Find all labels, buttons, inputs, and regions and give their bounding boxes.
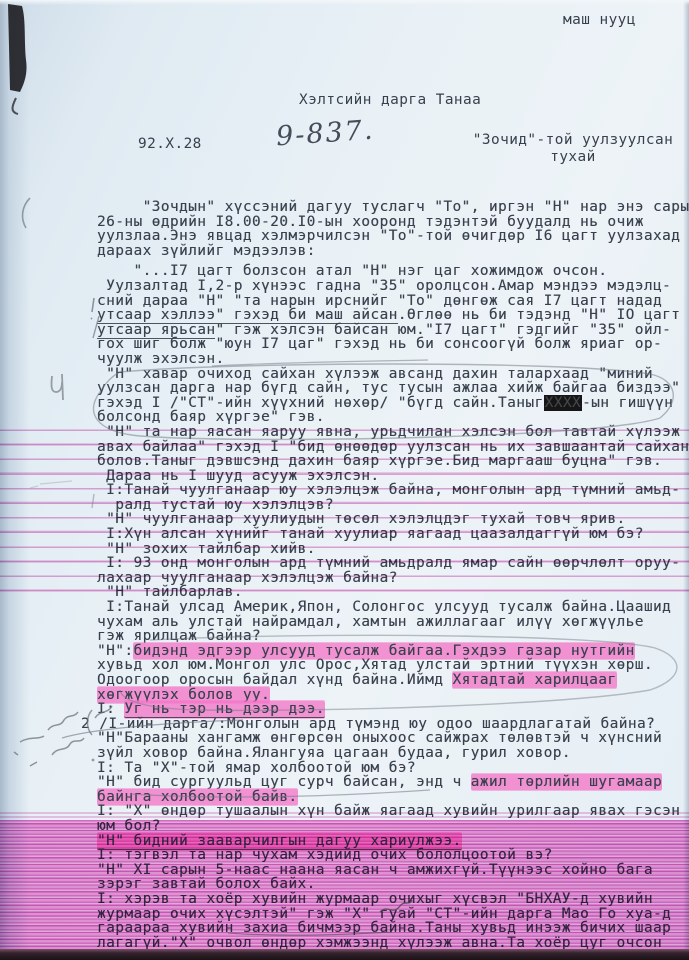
- typed-line: "Н" ХI сарын 5-наас наана яасан ч амжихг…: [97, 863, 689, 878]
- typed-line: I:Танай улсад Америк,Япон, Солонгос улсу…: [97, 600, 689, 615]
- subject-block: "Зочид"-той уулзуулсантухай: [468, 132, 678, 166]
- handwritten-doc-number: 9-837.: [275, 115, 375, 153]
- typed-line: I: тэгвэл та нар чухам хэдийд очих болол…: [97, 848, 689, 863]
- typed-line: журмаар очих хүсэлтэй" гэж "Х" гуай "СТ"…: [97, 907, 689, 922]
- typed-line: 26-ны өдрийн I8.00-20.I0-ын хооронд тэдэ…: [97, 215, 689, 230]
- typed-line: чухам аль улстай найрамдал, хамтын ажилл…: [97, 615, 689, 630]
- typed-line: гэж ярилцаж байна?: [97, 629, 689, 644]
- typed-line: Одоогоор оросын байдал хүнд байна.Иймд Х…: [97, 673, 689, 688]
- typed-line: "Н"Барааны хангамж өнгөрсөн оныхоос сайж…: [97, 731, 689, 746]
- typed-line: Дараа нь I шууд асууж эхэлсэн.: [97, 469, 689, 484]
- page-edge-highlight-top: [0, 0, 689, 5]
- typed-line: хөгжүүлэх болов уу.: [97, 688, 689, 703]
- typed-line: уулзлаа.Энэ явцад хэлмэрчилсэн "То"-той …: [97, 229, 689, 244]
- typed-line: гэхэд I /"СТ"-ийн хүүхний нөхөр/ "бүгд с…: [97, 396, 689, 411]
- typed-line: 2 /I-ийн дарга/:Монголын ард түмэнд юу о…: [81, 717, 689, 732]
- typed-line: хувьд хол юм.Монгол улс Орос,Хятад улста…: [97, 658, 689, 673]
- typed-line: юм бол?: [97, 819, 689, 834]
- typed-line: I:Танай чуулганаар юу хэлэлцэж байна, мо…: [97, 483, 689, 498]
- typed-line: гараараа хувийн захиа бичмээр байна.Таны…: [97, 921, 689, 936]
- addressee-line: Хэлтсийн дарга Танаа: [299, 92, 481, 108]
- classification-stamp: маш нууц: [563, 12, 636, 28]
- typed-line: болсонд баяр хүргэе" гэв.: [97, 410, 689, 425]
- typed-line: уулзсан дарга нар бүгд сайн, тус тусын а…: [97, 381, 689, 396]
- typed-line: гох шиг болж "юун I7 цаг" гэхэд нь би со…: [97, 337, 689, 352]
- typed-line: "Н" чуулганаар хуулиудын төсөл хэлэлцдэг…: [97, 512, 689, 527]
- typed-line: Уулзалтад I,2-р хүнээс гадна "35" оролцс…: [97, 279, 689, 294]
- typed-line: дараах зүйлийг мэдээлэв:: [97, 244, 689, 259]
- pencil-smudge: [30, 481, 72, 488]
- typed-line: утсаар хэллээ" гэхэд би маш айсан.Өглөө …: [97, 308, 689, 323]
- typed-line: зүйл ховор байна.Ялангуяа цагаан будаа, …: [97, 746, 689, 761]
- typed-line: байнга холбоотой байв.: [97, 790, 689, 805]
- typed-line: "Н" бид сургуульд цуг сурч байсан, энд ч…: [97, 775, 689, 790]
- typed-body: "Зочдын" хүссэний дагуу туслагч "То", ир…: [97, 200, 689, 950]
- typed-line: ралд тустай юу хэлэлцэв?: [97, 498, 689, 513]
- scan-bottom-edge: [0, 949, 689, 960]
- typed-line: "Н" тайлбарлав.: [97, 585, 689, 600]
- subject-line-1: "Зочид"-той уулзуулсан: [473, 132, 674, 148]
- typed-line: "Н":бидэнд эдгээр улсууд тусалж байгаа.Г…: [97, 644, 689, 659]
- typed-line: сний дараа "Н" "та нарын ирснийг "То" дө…: [97, 294, 689, 309]
- subject-line-2: тухай: [550, 149, 596, 165]
- margin-check-mark: [51, 374, 63, 400]
- typed-line: болов.Таныг дэвшсэнд дахин баяр хүргэе.Б…: [97, 454, 689, 469]
- typed-line: чуулж эхэлсэн.: [97, 352, 689, 367]
- document-date: 92.X.28: [138, 136, 202, 152]
- margin-tick-mark: [92, 494, 94, 508]
- typed-line: лахаар чуулганаар хэлэлцэж байна?: [97, 571, 689, 586]
- typed-line: I: 93 онд монголын ард түмний амьдралд я…: [97, 556, 689, 571]
- page-edge-shadow-left: [0, 0, 30, 960]
- typed-line: I: Та "Х"-той ямар холбоотой юм бэ?: [97, 761, 689, 776]
- typed-line: авах байлаа" гэхэд I "бид өнөөдөр уулзса…: [97, 440, 689, 455]
- margin-exclaim-mark: [91, 298, 94, 319]
- typed-line: утсаар ярьсан" гэж хэлсэн байсан юм."I7 …: [97, 323, 689, 338]
- typed-line: I: Уг нь тэр нь дээр дээ.: [97, 702, 689, 717]
- typed-line: "Н" зохих тайлбар хийв.: [97, 542, 689, 557]
- typed-line: зэрэг завтай болох байх.: [97, 877, 689, 892]
- margin-dot: [92, 759, 95, 762]
- typed-line: "...I7 цагт болзсон атал "Н" нэг цаг хож…: [97, 264, 689, 279]
- typed-line: I: "Х" өндөр тушаалын хүн байж яагаад ху…: [97, 804, 689, 819]
- typed-line: I: хэрэв та хоёр хувийн журмаар очихыг х…: [97, 892, 689, 907]
- typed-line: "Н" та нар яасан яаруу явна, урьдчилан х…: [97, 425, 689, 440]
- typed-line: "Зочдын" хүссэний дагуу туслагч "То", ир…: [97, 200, 689, 215]
- typed-line: I:Хүн алсан хүнийг танай хуулиар яагаад …: [97, 527, 689, 542]
- scanned-document-page: маш нууц Хэлтсийн дарга Танаа 92.X.28 9-…: [0, 0, 689, 960]
- typed-line: "Н" хавар очиход сайхан хүлээж авсанд да…: [97, 367, 689, 382]
- typed-line: "Н" бидний зааварчилгын дагуу хариулжээ.: [97, 834, 689, 849]
- redacted-text: ХХХХ: [544, 395, 582, 411]
